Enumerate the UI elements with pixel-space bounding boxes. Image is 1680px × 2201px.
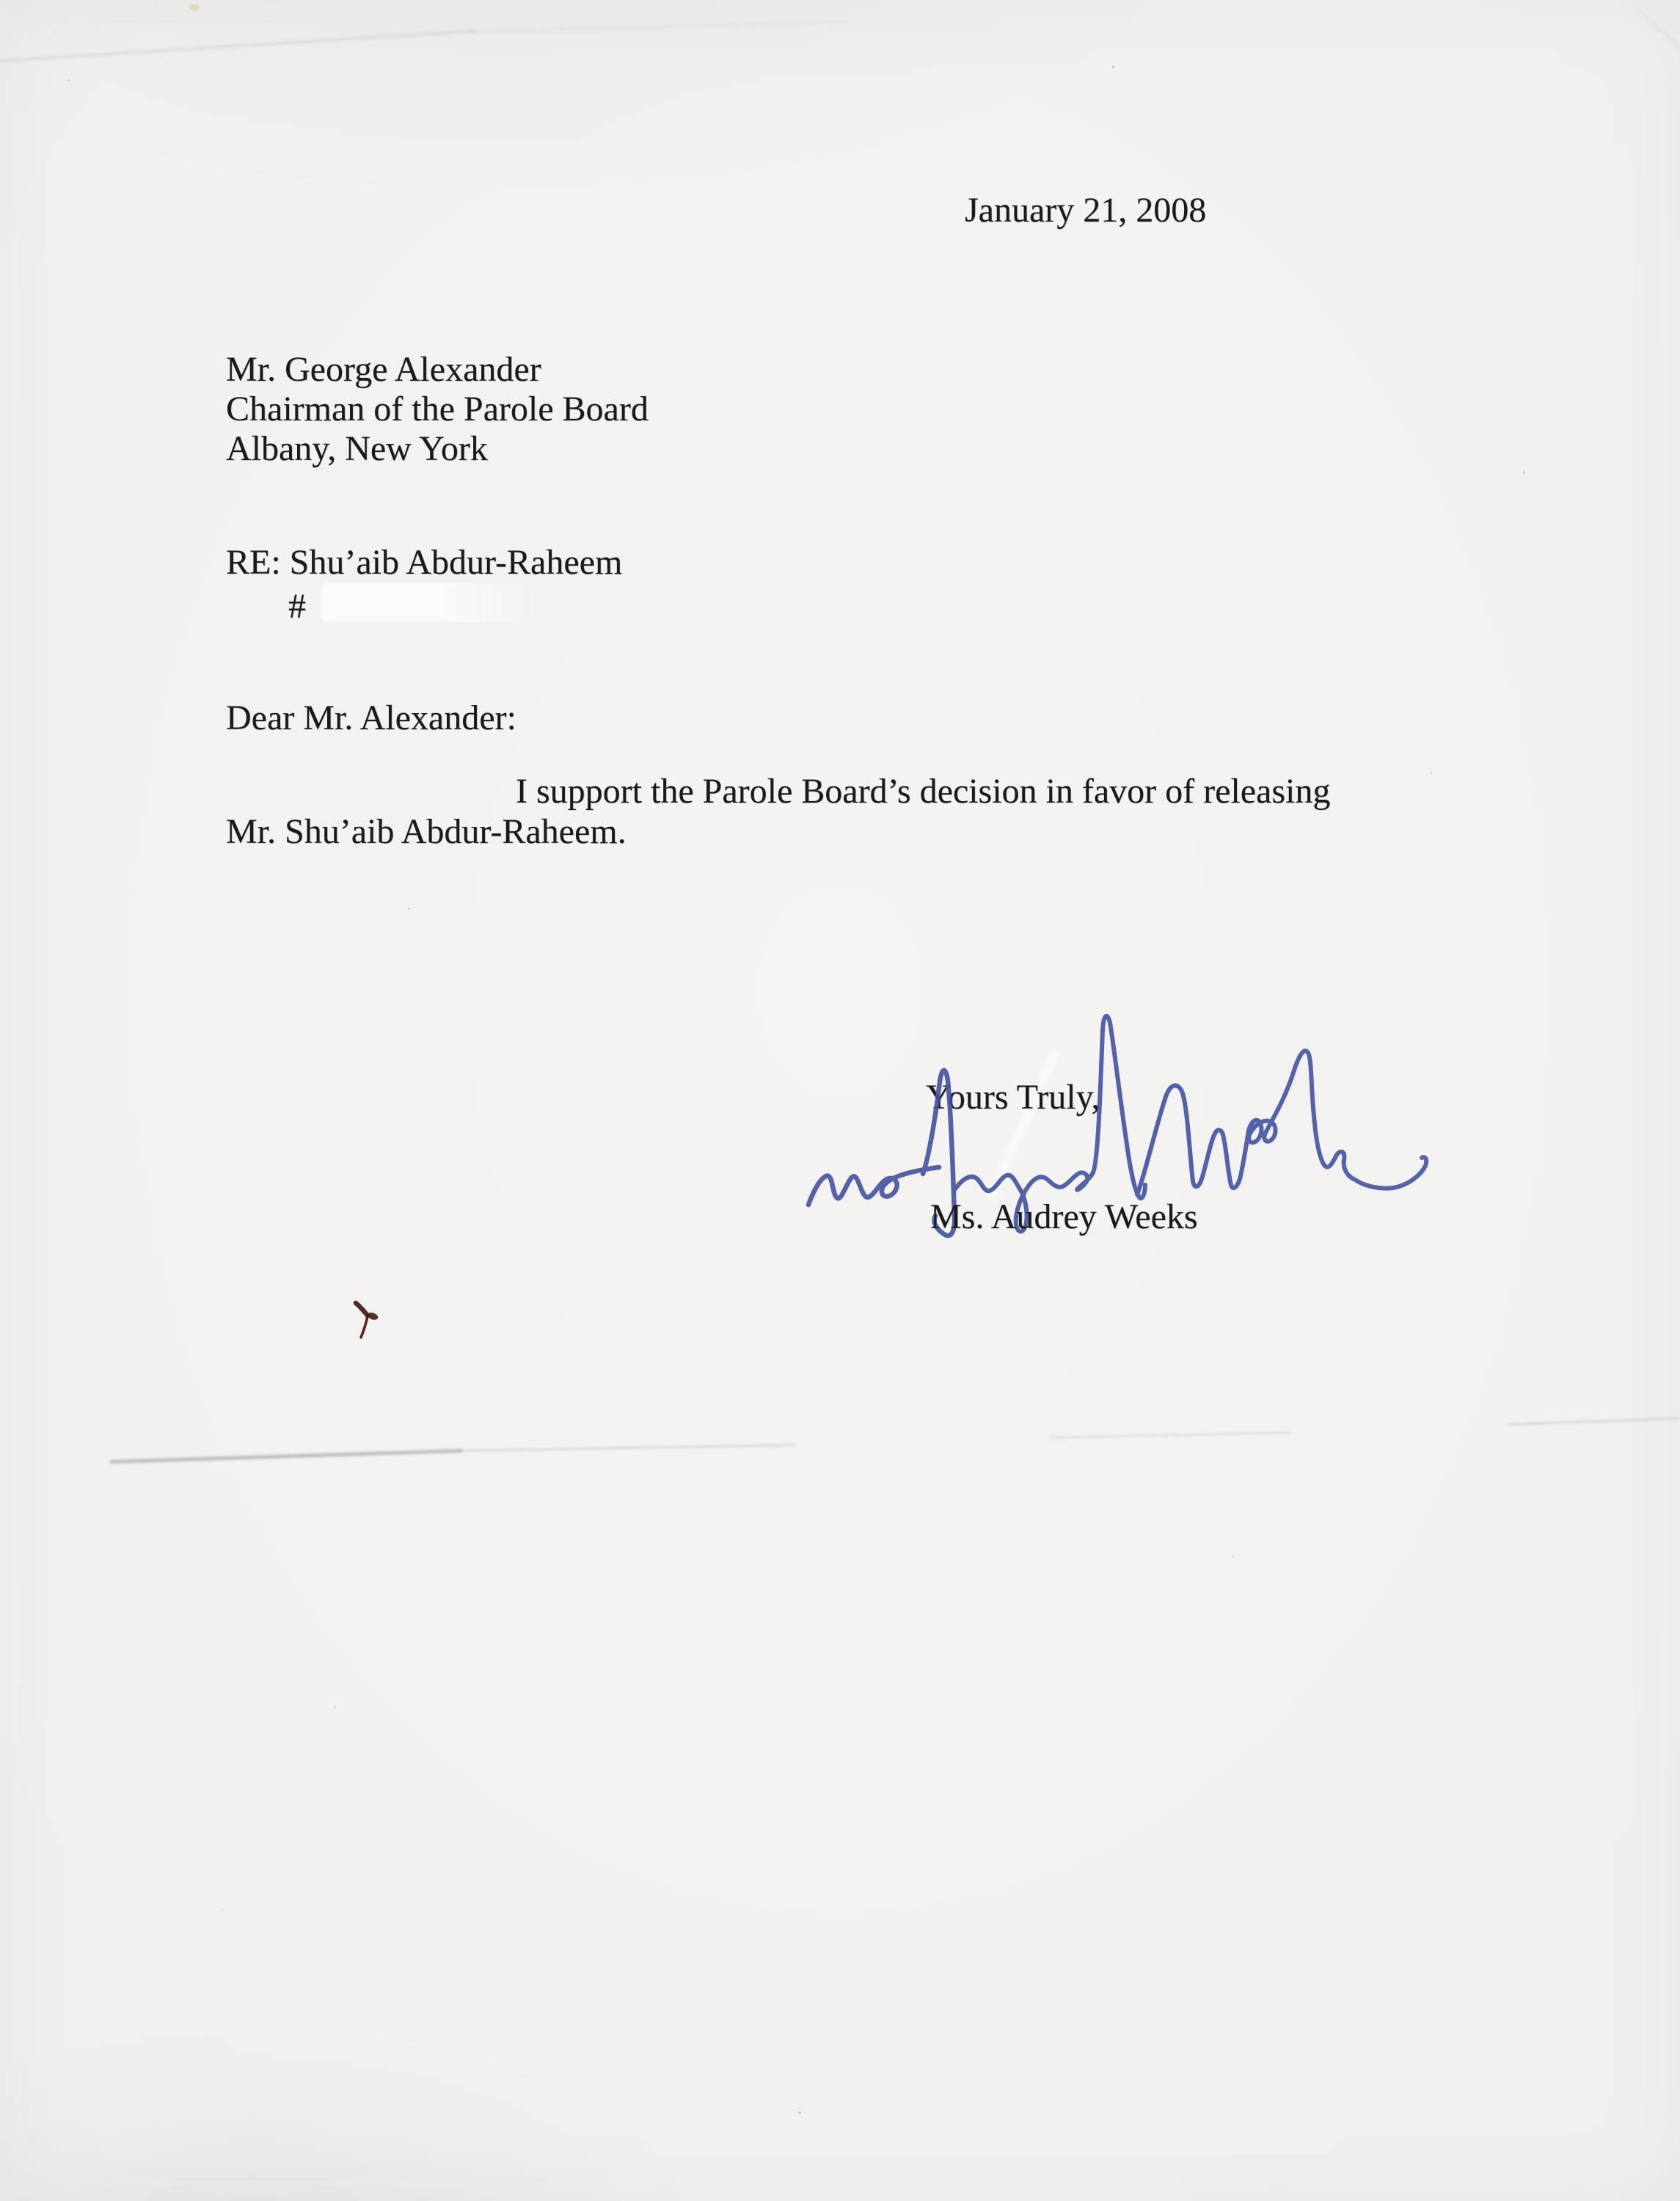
dust-speck <box>1112 66 1114 68</box>
dust-speck <box>334 1706 336 1708</box>
graphite-smudge-left <box>110 1449 462 1464</box>
salutation: Dear Mr. Alexander: <box>226 698 516 738</box>
dust-speck <box>1431 772 1432 774</box>
whiteout-redaction <box>321 583 548 622</box>
graphite-smudge-middle <box>459 1444 796 1452</box>
paper-crease-top-mid <box>470 21 851 32</box>
signature-stroke-weeks <box>1137 1051 1426 1194</box>
dust-speck <box>1523 471 1525 474</box>
dust-speck <box>67 79 70 81</box>
dust-speck <box>222 1909 223 1910</box>
paper-crease-top-right-corner <box>1634 6 1680 90</box>
letter-date: January 21, 2008 <box>965 191 1206 230</box>
paper-crease-top-left <box>0 30 476 62</box>
dust-speck <box>1232 1555 1234 1558</box>
reference-number-symbol: # <box>288 587 306 627</box>
stray-pen-mark <box>351 1293 387 1345</box>
dust-speck <box>408 908 410 910</box>
recipient-title: Chairman of the Parole Board <box>226 390 649 429</box>
reference-line: RE: Shu’aib Abdur-Raheem <box>226 543 622 583</box>
scanned-letter-page: January 21, 2008 Mr. George Alexander Ch… <box>0 0 1680 2201</box>
body-line-1: I support the Parole Board’s decision in… <box>516 772 1330 811</box>
dust-speck <box>798 2111 801 2114</box>
dust-speck <box>189 4 200 10</box>
graphite-smudge-far-right <box>1508 1417 1680 1426</box>
signed-name: Ms. Audrey Weeks <box>930 1197 1198 1237</box>
recipient-location: Albany, New York <box>226 429 488 469</box>
body-line-2: Mr. Shu’aib Abdur-Raheem. <box>226 812 627 852</box>
recipient-name: Mr. George Alexander <box>226 350 541 390</box>
graphite-smudge-right <box>1049 1431 1291 1439</box>
